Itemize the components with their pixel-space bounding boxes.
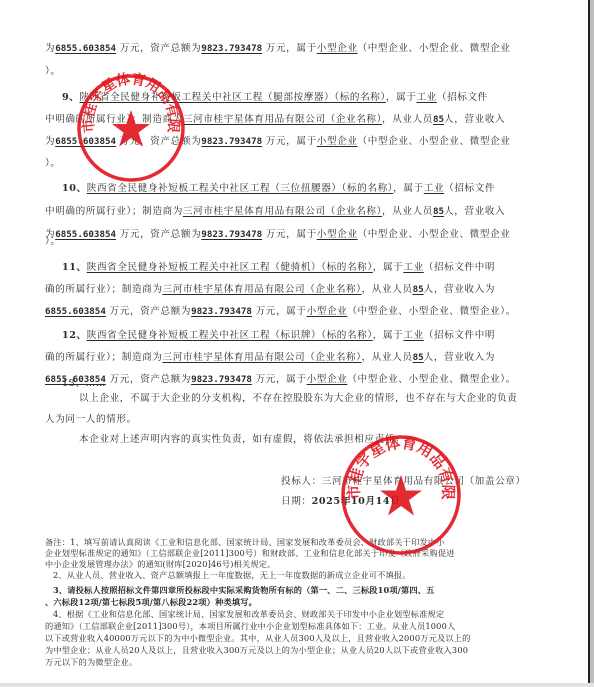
industry-value: 工业	[403, 262, 423, 273]
text: ，属于	[393, 183, 424, 194]
revenue-value: 6855.603854	[55, 229, 116, 240]
note-4-line-5: 万元以下的为微型企业。	[45, 657, 137, 668]
text: 中明确的所属行业）；制造商为	[45, 114, 183, 125]
note-4-line-3: 以下或营业收入40000万元以下的为中小微型企业。其中，从业人员300人及以上，…	[45, 633, 471, 644]
text: 确的所属行业）；制造商为	[45, 284, 163, 295]
item-13: 13、……	[62, 378, 106, 390]
assets-value: 9823.793478	[201, 136, 262, 147]
text: ，属于	[373, 262, 404, 273]
item-11-line-2: 确的所属行业）；制造商为三河市桂宇星体育用品有限公司（企业名称），从业人员85人…	[45, 284, 495, 296]
date-line: 日期：2025年10月14日	[281, 496, 400, 508]
size-value: 小型企业	[307, 306, 348, 317]
text: 万元，资产总额为	[120, 229, 202, 240]
text: 万元，属于	[266, 136, 317, 147]
size-value: 小型企业	[317, 229, 358, 240]
text: 万元，资产总额为	[120, 43, 202, 54]
staff-value: 85	[433, 206, 444, 217]
bidder-name: 三河市桂宇星体育用品有限公司（加盖公章）	[322, 476, 526, 487]
staff-value: 85	[413, 352, 424, 363]
industry-value: 工业	[416, 92, 436, 103]
item-10-line-1: 10、陕西省全民健身补短板工程关中社区工程（三位扭腰器）（标的名称），属于工业（…	[62, 183, 495, 195]
size-value: 小型企业	[307, 374, 348, 385]
text: ，从业人员	[362, 284, 413, 295]
item-12-line-1: 12、陕西省全民健身补短板工程关中社区工程（标识牌）（标的名称），属于工业（招标…	[62, 330, 495, 342]
project-name: 陕西省全民健身补短板工程关中社区工程（腿部按摩器）（标的名称）	[79, 92, 385, 103]
maker-name: 三河市桂宇星体育用品有限公司（企业名称）	[183, 206, 382, 217]
industry-value: 工业	[403, 330, 423, 341]
project-name: 陕西省全民健身补短板工程关中社区工程（三位扭腰器）（标的名称）	[87, 183, 393, 194]
text: ，从业人员	[382, 114, 433, 125]
text: （招标文件	[444, 183, 495, 194]
item-11-line-3: 6855.603854 万元，资产总额为9823.793478 万元，属于小型企…	[45, 306, 516, 318]
note-4-line-1: 4、根据《工业和信息化部、国家统计局、国家发展和改革委员会、财政部关于印发中小企…	[53, 609, 444, 620]
text: （中型企业、小型企业、微型企业	[358, 136, 511, 147]
project-name: 陕西省全民健身补短板工程关中社区工程（标识牌）（标的名称）	[87, 330, 373, 341]
assets-value: 9823.793478	[191, 306, 252, 317]
statement-line-2: 人为同一人的情形。	[45, 414, 137, 426]
revenue-value: 6855.603854	[55, 136, 116, 147]
maker-name: 三河市桂宇星体育用品有限公司（企业名称）	[163, 352, 362, 363]
text: ，属于	[373, 330, 404, 341]
text: 中明确的所属行业）；制造商为	[45, 206, 183, 217]
text: 为	[45, 136, 55, 147]
note-1-line-1: 备注：1、填写前请认真阅读《工业和信息化部、国家统计局、国家发展和改革委员会、财…	[45, 537, 445, 548]
text: ，属于	[386, 92, 417, 103]
text: 万元，属于	[266, 43, 317, 54]
staff-value: 85	[433, 114, 444, 125]
maker-name: 三河市桂宇星体育用品有限公司（企业名称）	[183, 114, 382, 125]
note-1-line-3: 中小企业发展管理办法》的通知(财库[2020]46号)相关规定。	[45, 559, 276, 570]
maker-name: 三河市桂宇星体育用品有限公司（企业名称）	[163, 284, 362, 295]
item-9-line-1: 9、陕西省全民健身补短板工程关中社区工程（腿部按摩器）（标的名称），属于工业（招…	[62, 92, 488, 104]
company-seal-stamp-1: 三河市桂宇星体育用品有限公司	[75, 72, 187, 184]
text: 万元，属于	[256, 306, 307, 317]
assets-value: 9823.793478	[201, 43, 262, 54]
revenue-value: 6855.603854	[45, 306, 106, 317]
text: （招标文件	[437, 92, 488, 103]
text: （招标文件中明	[424, 330, 495, 341]
item-number: 12、	[62, 330, 87, 341]
item-11-line-1: 11、陕西省全民健身补短板工程关中社区工程（健骑机）（标的名称），属于工业（招标…	[62, 262, 495, 274]
item-number: 11、	[62, 262, 87, 273]
page-shadow-bottom	[0, 683, 594, 687]
text: 为	[45, 43, 55, 54]
text: ，从业人员	[362, 352, 413, 363]
bidder-label: 投标人：	[281, 476, 322, 487]
bidder-line: 投标人：三河市桂宇星体育用品有限公司（加盖公章）	[281, 476, 526, 488]
text: 万元，资产总额为	[110, 306, 192, 317]
text: （中型企业、小型企业、微型企业	[358, 229, 511, 240]
note-4-line-2: 的通知》（工信部联企业[2011]300号），本项目所属行业中小企业划型标准具体…	[45, 621, 455, 632]
industry-value: 工业	[424, 183, 444, 194]
size-value: 小型企业	[317, 136, 358, 147]
item-9-close: ）。	[45, 158, 61, 170]
size-value: 小型企业	[317, 43, 358, 54]
statement-line-1: 以上企业，不属于大企业的分支机构，不存在控股股东为大企业的情形，也不存在与大企业…	[79, 393, 517, 405]
note-2: 2、从业人员、营业收入、资产总额填报上一年度数据，无上一年度数据的新成立企业可不…	[53, 570, 411, 581]
date-label: 日期：	[281, 496, 312, 507]
note-1-line-2: 企业划型标准规定的通知》（工信部联企业[2011]300号）和财政部、工业和信息…	[45, 548, 455, 559]
text: 万元，资产总额为	[120, 136, 202, 147]
text: 万元，资产总额为	[110, 374, 192, 385]
item-8-close: ）。	[45, 66, 61, 78]
text: （招标文件中明	[424, 262, 495, 273]
item-8-line-3: 为6855.603854 万元，资产总额为9823.793478 万元，属于小型…	[45, 43, 510, 55]
note-3-line-1: 3、请投标人按照招标文件第四章所投标段中实际采购货物所有标的（第一、二、三标段1…	[53, 585, 435, 596]
text: （中型企业、小型企业、微型企业）。	[347, 306, 516, 317]
item-9-line-3: 为6855.603854 万元，资产总额为9823.793478 万元，属于小型…	[45, 136, 510, 148]
item-number: 10、	[62, 183, 87, 194]
assets-value: 9823.793478	[201, 229, 262, 240]
text: 万元，属于	[256, 374, 307, 385]
date-value: 2025年10月14日	[312, 496, 401, 507]
revenue-value: 6855.603854	[55, 43, 116, 54]
text: （中型企业、小型企业、微型企业）。	[347, 374, 516, 385]
assets-value: 9823.793478	[191, 374, 252, 385]
item-number: 9、	[62, 92, 79, 103]
statement-line-3: 本企业对上述声明内容的真实性负责，如有虚假，将依法承担相应责任。	[79, 434, 405, 446]
note-3-line-2: 、六标段12项/第七标段5项/第八标段22项）种类填写。	[45, 597, 257, 608]
item-10-line-3: 为6855.603854 万元，资产总额为9823.793478 万元，属于小型…	[45, 229, 510, 241]
item-9-line-2: 中明确的所属行业）；制造商为三河市桂宇星体育用品有限公司（企业名称），从业人员8…	[45, 114, 505, 126]
page-shadow	[590, 0, 594, 683]
text: ，从业人员	[382, 206, 433, 217]
project-name: 陕西省全民健身补短板工程关中社区工程（健骑机）（标的名称）	[87, 262, 373, 273]
text: 确的所属行业）；制造商为	[45, 352, 163, 363]
text: （中型企业、小型企业、微型企业	[358, 43, 511, 54]
text: 万元，属于	[266, 229, 317, 240]
item-12-line-2: 确的所属行业）；制造商为三河市桂宇星体育用品有限公司（企业名称），从业人员85人…	[45, 352, 495, 364]
item-10-close-text: ）。	[45, 236, 61, 248]
item-10-line-2: 中明确的所属行业）；制造商为三河市桂宇星体育用品有限公司（企业名称），从业人员8…	[45, 206, 505, 218]
text: 人，营业收入	[444, 206, 505, 217]
item-12-line-3: 6855.603854 万元，资产总额为9823.793478 万元，属于小型企…	[45, 374, 516, 386]
note-4-line-4: 为中型企业；从业人员20人及以上，且营业收入300万元及以上的为小型企业；从业人…	[45, 645, 468, 656]
text: 人，营业收入为	[424, 284, 495, 295]
text: 人，营业收入为	[424, 352, 495, 363]
document-page: 为6855.603854 万元，资产总额为9823.793478 万元，属于小型…	[0, 0, 594, 687]
text: 人，营业收入	[444, 114, 505, 125]
staff-value: 85	[413, 284, 424, 295]
